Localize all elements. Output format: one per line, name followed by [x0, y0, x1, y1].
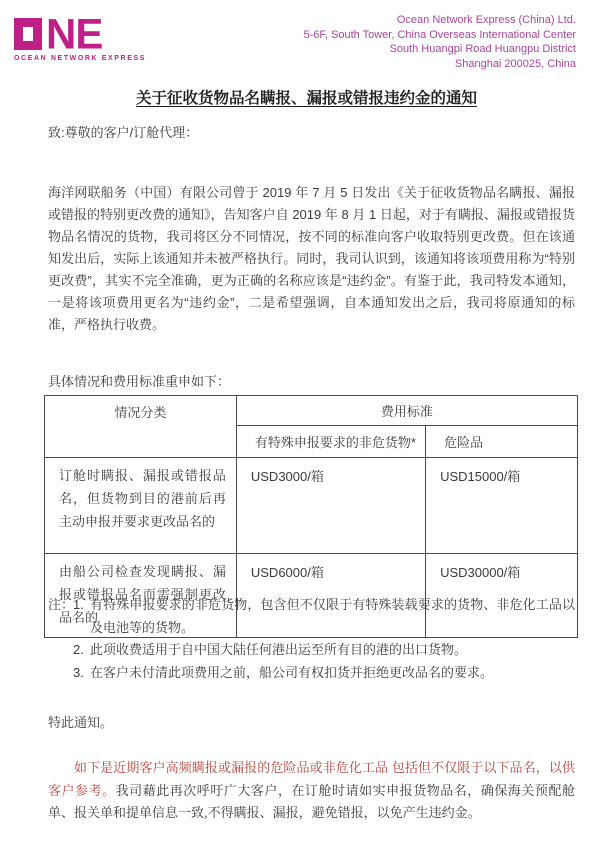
body-paragraph: 海洋网联船务（中国）有限公司曾于 2019 年 7 月 5 日发出《关于征收货物…: [48, 182, 575, 336]
address-line: 5-6F, South Tower, China Overseas Intern…: [303, 28, 576, 43]
notice-document: NE OCEAN NETWORK EXPRESS Ocean Network E…: [0, 0, 613, 844]
note-text: 有特殊申报要求的非危货物，包含但不仅限于有特殊装载要求的货物、非危化工品以及电池…: [90, 594, 575, 639]
table-intro: 具体情况和费用标准重申如下：: [48, 371, 230, 390]
table-row: 订舱时瞒报、漏报或错报品名，但货物到目的港前后再主动申报并要求更改品名的 USD…: [45, 458, 578, 554]
address-line: Ocean Network Express (China) Ltd.: [303, 13, 576, 28]
note-number: 2.: [73, 639, 90, 662]
header-non-dg: 有特殊申报要求的非危货物*: [236, 426, 425, 458]
notice-title: 关于征收货物品名瞒报、漏报或错报违约金的通知: [0, 86, 613, 108]
note-text: 在客户未付清此项费用之前，船公司有权扣货并拒绝更改品名的要求。: [90, 662, 575, 685]
header-category: 情况分类: [45, 396, 237, 458]
header-fee-standard: 费用标准: [236, 396, 577, 426]
company-address: Ocean Network Express (China) Ltd. 5-6F,…: [303, 13, 576, 71]
notes-section: 注： 1. 有特殊申报要求的非危货物，包含但不仅限于有特殊装载要求的货物、非危化…: [48, 594, 575, 684]
note-text: 此项收费适用于自中国大陆任何港出运至所有目的港的出口货物。: [90, 639, 575, 662]
row1-non-dg-fee: USD3000/箱: [236, 458, 425, 554]
salutation: 致:尊敬的客户/订舱代理：: [48, 122, 198, 141]
address-line: Shanghai 200025, China: [303, 57, 576, 72]
note-item: 1. 有特殊申报要求的非危货物，包含但不仅限于有特殊装载要求的货物、非危化工品以…: [73, 594, 575, 639]
one-logo-icon: NE: [14, 16, 146, 50]
note-item: 3. 在客户未付清此项费用之前，船公司有权扣货并拒绝更改品名的要求。: [73, 662, 575, 685]
logo-o-square-icon: [14, 18, 42, 50]
final-paragraph-black-text: 我司藉此再次呼吁广大客户，在订舱时请如实申报货物品名，确保海关预配舱单、报关单和…: [48, 783, 575, 821]
one-logo: NE OCEAN NETWORK EXPRESS: [14, 16, 146, 62]
notes-label: 注：: [48, 594, 74, 617]
header-dg: 危险品: [426, 426, 578, 458]
closing-statement: 特此通知。: [48, 712, 113, 731]
logo-ne-text: NE: [46, 18, 102, 51]
final-paragraph: 如下是近期客户高频瞒报或漏报的危险品或非危化工品 包括但不仅限于以下品名，以供客…: [48, 757, 575, 825]
row1-category: 订舱时瞒报、漏报或错报品名，但货物到目的港前后再主动申报并要求更改品名的: [45, 458, 237, 554]
note-number: 3.: [73, 662, 90, 685]
address-line: South Huangpi Road Huangpu District: [303, 42, 576, 57]
note-item: 2. 此项收费适用于自中国大陆任何港出运至所有目的港的出口货物。: [73, 639, 575, 662]
row1-dg-fee: USD15000/箱: [426, 458, 578, 554]
note-number: 1.: [73, 594, 90, 639]
table-header-row-1: 情况分类 费用标准: [45, 396, 578, 426]
